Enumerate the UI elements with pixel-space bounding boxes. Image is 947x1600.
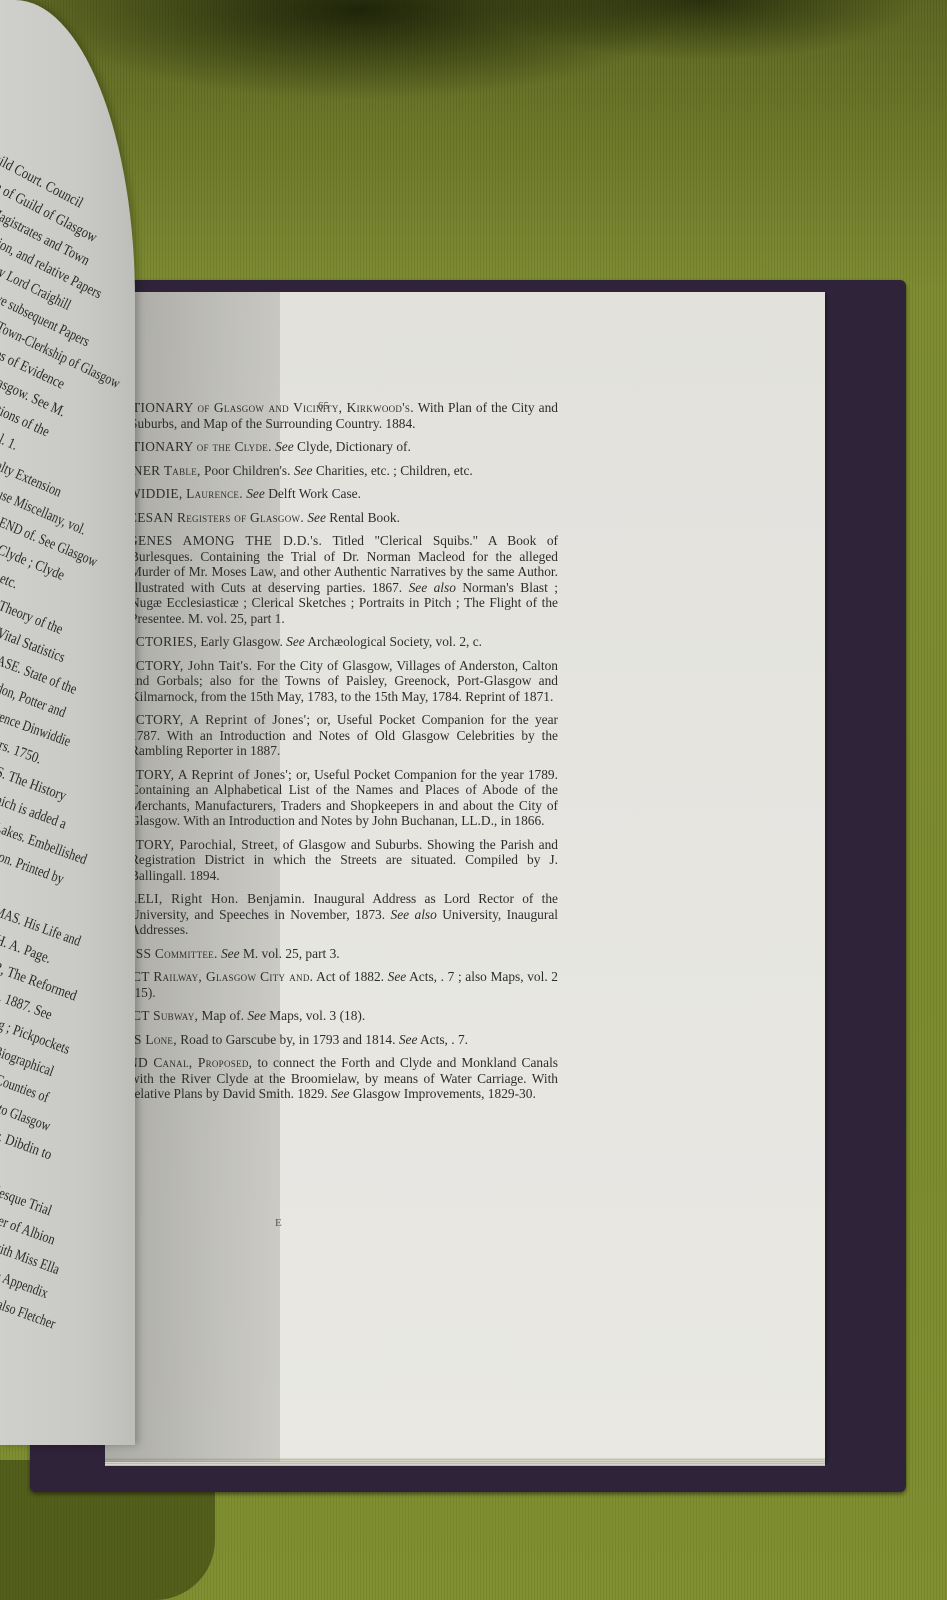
page-edges (105, 1458, 825, 1466)
index-entry: ECTORY, A Reprint of Jones'; or, Useful … (118, 767, 558, 829)
entry-heading: OGENES AMONG THE D.D.'s. (118, 533, 322, 548)
index-entry: RESS Committee. See M. vol. 25, part 3. (118, 946, 558, 962)
entry-body: Maps, vol. 3 (18). (269, 1008, 365, 1023)
left-page-text: F Guild Court. CouncilDean of Guild of G… (0, 140, 132, 1308)
index-entry: RICT Railway, Glasgow City and. Act of 1… (118, 969, 558, 1000)
entry-heading: RICT Railway, Glasgow City and. (118, 969, 313, 984)
entry-heading: OCESAN Registers of Glasgow. (118, 510, 304, 525)
index-entry: OCESAN Registers of Glasgow. See Rental … (118, 510, 558, 526)
see-reference: See (399, 1032, 418, 1047)
entry-body-pre: Road to Garscube by, in 1793 and 1814. (180, 1032, 395, 1047)
see-reference: See also (391, 907, 437, 922)
entry-heading: ICTIONARY of the Clyde. (118, 439, 272, 454)
see-reference: See (286, 634, 305, 649)
entry-body: Acts, . 7. (420, 1032, 468, 1047)
index-entry: IE'S Lone, Road to Garscube by, in 1793 … (118, 1032, 558, 1048)
see-reference: See (246, 486, 265, 501)
see-reference: See (307, 510, 326, 525)
see-reference: See (247, 1008, 266, 1023)
index-entry: RECTORIES, Early Glasgow. See Archæologi… (118, 634, 558, 650)
left-page-curled[interactable]: F Guild Court. CouncilDean of Guild of G… (0, 0, 135, 1445)
entry-body-pre: Poor Children's. (204, 463, 290, 478)
index-entry: NWIDDIE, Laurence. See Delft Work Case. (118, 486, 558, 502)
entry-body-pre: Early Glasgow. (200, 634, 282, 649)
page-content: ICTIONARY of Glasgow and Vicinity, Kirkw… (118, 400, 558, 1110)
see-reference: See (221, 946, 240, 961)
entry-heading: ICTIONARY of Glasgow and Vicinity, Kirkw… (118, 400, 414, 415)
index-entry: AND Canal, Proposed, to connect the Fort… (118, 1055, 558, 1102)
see-reference: See (388, 969, 407, 984)
index-entry: ICTIONARY of the Clyde. See Clyde, Dicti… (118, 439, 558, 455)
see-reference: See (275, 439, 294, 454)
entry-heading: RECTORY, John Tait's. (118, 658, 252, 673)
entry-heading: ECTORY, A Reprint of Jones'; (118, 767, 292, 782)
entry-body: Act of 1882. (316, 969, 384, 984)
entry-body: Charities, etc. ; Children, etc. (316, 463, 473, 478)
index-entry: RECTORY, A Reprint of Jones'; or, Useful… (118, 712, 558, 759)
entry-body: Clyde, Dictionary of. (297, 439, 411, 454)
entry-body-2: Glasgow Improvements, 1829-30. (353, 1086, 536, 1101)
entry-heading: RAELI, Right Hon. Benjamin. (118, 891, 305, 906)
index-entry: ECTORY, Parochial, Street, of Glasgow an… (118, 837, 558, 884)
entry-heading: ECTORY, Parochial, Street, (118, 837, 278, 852)
see-reference: See (331, 1086, 350, 1101)
signature-mark: E (275, 1217, 282, 1229)
index-entry: OGENES AMONG THE D.D.'s. Titled "Clerica… (118, 533, 558, 626)
entry-body-pre: Map of. (202, 1008, 244, 1023)
entry-body: M. vol. 25, part 3. (243, 946, 340, 961)
entry-heading: AND Canal, Proposed, (118, 1055, 252, 1070)
see-reference: See (294, 463, 313, 478)
index-entry: ICTIONARY of Glasgow and Vicinity, Kirkw… (118, 400, 558, 431)
entry-body: Delft Work Case. (268, 486, 361, 501)
index-entry: INNER Table, Poor Children's. See Charit… (118, 463, 558, 479)
index-entry: RICT Subway, Map of. See Maps, vol. 3 (1… (118, 1008, 558, 1024)
entry-heading: NWIDDIE, Laurence. (118, 486, 243, 501)
entry-body: Rental Book. (329, 510, 400, 525)
index-entry: RAELI, Right Hon. Benjamin. Inaugural Ad… (118, 891, 558, 938)
see-reference: See also (409, 580, 456, 595)
entry-heading: RECTORY, A Reprint of Jones'; (118, 712, 310, 727)
index-entry: RECTORY, John Tait's. For the City of Gl… (118, 658, 558, 705)
entry-body: Archæological Society, vol. 2, c. (307, 634, 482, 649)
